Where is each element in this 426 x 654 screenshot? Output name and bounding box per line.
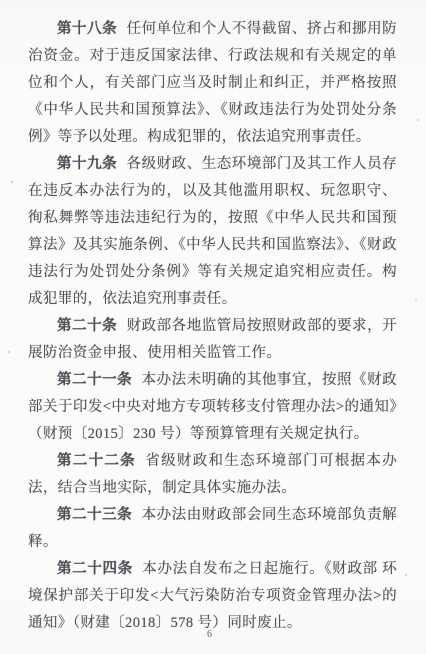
article-24: 第二十四条本办法自发布之日起施行。《财政部 环境保护部关于印发<大气污染防治专项… <box>28 556 397 637</box>
article-21: 第二十一条本办法未明确的其他事宜，按照《财政部关于印发<中央对地方专项转移支付管… <box>28 367 397 448</box>
article-24-number: 第二十四条 <box>57 561 133 577</box>
article-18: 第十八条任何单位和个人不得截留、挤占和挪用防治资金。对于违反国家法律、行政法规和… <box>28 16 397 151</box>
article-18-number: 第十八条 <box>57 21 117 37</box>
article-23: 第二十三条本办法由财政部会同生态环境部负责解释。 <box>28 502 397 556</box>
page-number: 6 <box>0 629 420 640</box>
article-22-number: 第二十二条 <box>57 453 136 469</box>
article-19: 第十九条各级财政、生态环境部门及其工作人员存在违反本办法行为的，以及其他滥用职权… <box>28 151 397 313</box>
article-22: 第二十二条省级财政和生态环境部门可根据本办法，结合当地实际，制定具体实施办法。 <box>28 448 397 502</box>
article-20-number: 第二十条 <box>57 318 117 334</box>
article-20: 第二十条财政部各地监管局按照财政部的要求，开展防治资金申报、使用相关监管工作。 <box>28 313 397 367</box>
article-18-text: 任何单位和个人不得截留、挤占和挪用防治资金。对于违反国家法律、行政法规和有关规定… <box>28 21 397 145</box>
article-21-number: 第二十一条 <box>57 372 132 388</box>
article-19-number: 第十九条 <box>57 156 117 172</box>
article-23-number: 第二十三条 <box>57 507 132 523</box>
document-page: 第十八条任何单位和个人不得截留、挤占和挪用防治资金。对于违反国家法律、行政法规和… <box>0 0 426 654</box>
article-19-text: 各级财政、生态环境部门及其工作人员存在违反本办法行为的，以及其他滥用职权、玩忽职… <box>28 156 397 307</box>
